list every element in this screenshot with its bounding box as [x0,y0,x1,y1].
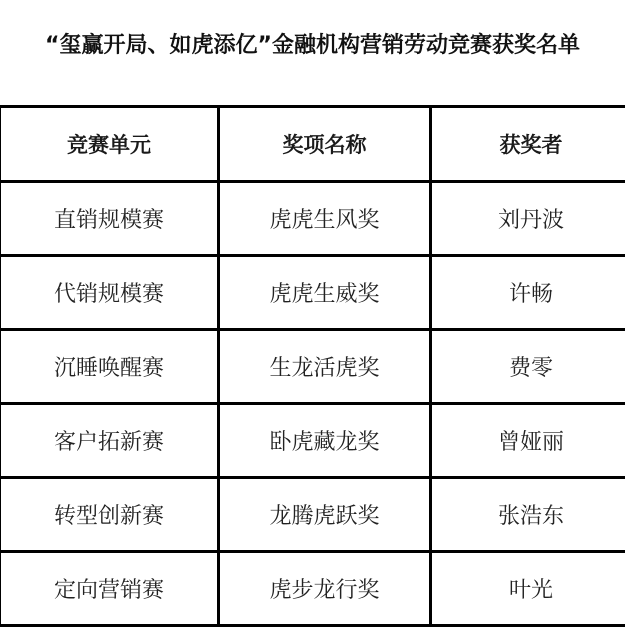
cell-competition-unit: 沉睡唤醒赛 [0,330,219,404]
header-competition-unit: 竞赛单元 [0,107,219,182]
cell-winner: 曾娅丽 [431,404,625,478]
cell-competition-unit: 直销规模赛 [0,182,219,256]
header-award-name: 奖项名称 [219,107,431,182]
cell-competition-unit: 定向营销赛 [0,552,219,626]
cell-competition-unit: 客户拓新赛 [0,404,219,478]
cell-award-name: 生龙活虎奖 [219,330,431,404]
table-header-row: 竞赛单元 奖项名称 获奖者 [0,107,625,182]
cell-competition-unit: 转型创新赛 [0,478,219,552]
header-winner: 获奖者 [431,107,625,182]
award-winners-table: 竞赛单元 奖项名称 获奖者 直销规模赛 虎虎生风奖 刘丹波 代销规模赛 虎虎生威… [0,105,625,627]
table-row: 定向营销赛 虎步龙行奖 叶光 [0,552,625,626]
cell-winner: 叶光 [431,552,625,626]
cell-award-name: 虎虎生威奖 [219,256,431,330]
cell-winner: 许畅 [431,256,625,330]
table-row: 客户拓新赛 卧虎藏龙奖 曾娅丽 [0,404,625,478]
table-row: 直销规模赛 虎虎生风奖 刘丹波 [0,182,625,256]
cell-award-name: 虎步龙行奖 [219,552,431,626]
table-row: 沉睡唤醒赛 生龙活虎奖 费零 [0,330,625,404]
cell-competition-unit: 代销规模赛 [0,256,219,330]
cell-winner: 费零 [431,330,625,404]
cell-winner: 刘丹波 [431,182,625,256]
cell-award-name: 虎虎生风奖 [219,182,431,256]
table-row: 转型创新赛 龙腾虎跃奖 张浩东 [0,478,625,552]
page-title: “玺赢开局、如虎添亿”金融机构营销劳动竞赛获奖名单 [0,28,625,59]
table-row: 代销规模赛 虎虎生威奖 许畅 [0,256,625,330]
cell-award-name: 龙腾虎跃奖 [219,478,431,552]
cell-winner: 张浩东 [431,478,625,552]
cell-award-name: 卧虎藏龙奖 [219,404,431,478]
